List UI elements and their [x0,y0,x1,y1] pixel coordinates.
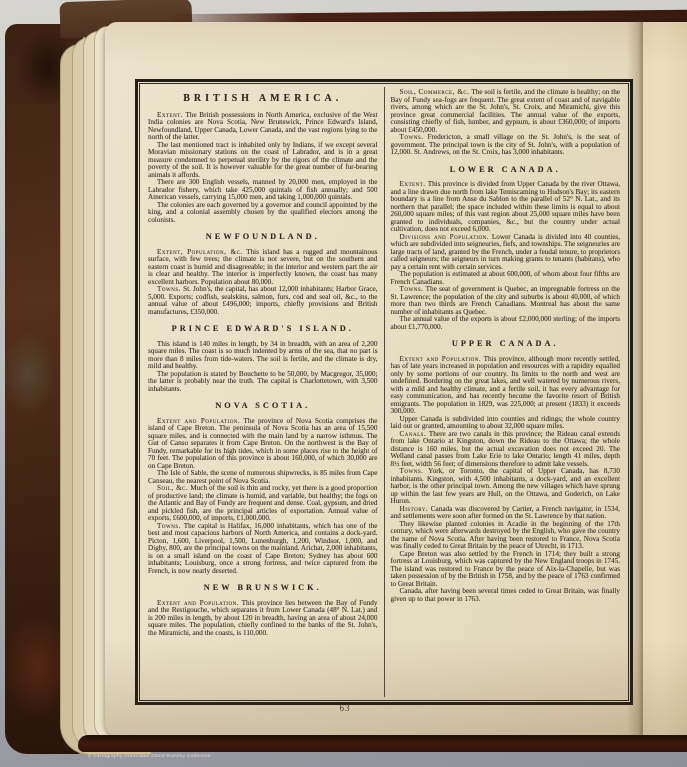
para-uc-towns: Towns. York, or Toronto, the capital of … [391,468,621,506]
next-page-fore-edge [642,22,687,738]
scanned-book-photo: BRITISH AMERICA. Extent. The British pos… [0,0,687,767]
para-text: The soil is fertile, and the climate is … [391,88,621,134]
para-uc-cession: Canada, after having been several times … [391,588,621,603]
para-text: This province, although more recently se… [391,355,621,416]
section-heading-upper-canada: UPPER CANADA. [391,340,621,348]
para-ns-towns: Towns. The capital is Halifax, 16,000 in… [148,523,378,576]
para-uc-canals: Canals. There are two canals in this pro… [391,431,621,469]
para-ns-extent: Extent and Population. The province of N… [148,418,378,471]
left-column: BRITISH AMERICA. Extent. The British pos… [145,87,384,697]
book-page: BRITISH AMERICA. Extent. The British pos… [105,22,687,738]
para-lc-extent: Extent. This province is divided from Up… [391,181,621,234]
para-text: Fredericton, a small village on the St. … [391,133,621,156]
para-ba-extent: Extent. The British possessions in North… [148,112,378,142]
para-uc-history: History. Canada was discovered by Cartie… [391,506,621,521]
para-lc-towns: Towns. The seat of government is Quebec,… [391,286,621,316]
para-lc-divisions: Divisions and Population. Lower Canada i… [391,234,621,272]
section-heading-new-brunswick: NEW BRUNSWICK. [148,584,378,592]
section-heading-nova-scotia: NOVA SCOTIA. [148,402,378,410]
para-pei-description: This island is 140 miles in length, by 3… [148,341,378,371]
para-nb-towns: Towns. Fredericton, a small village on t… [391,134,621,157]
para-ba-fishery: There are 300 English vessels, manned by… [148,179,378,202]
para-lc-population: The population is estimated at about 600… [391,271,621,286]
para-uc-subdivision: Upper Canada is subdivided into counties… [391,416,621,431]
para-ns-soil: Soil, &c. Much of the soil is thin and r… [148,485,378,523]
para-pei-population: The population is stated by Bouchette to… [148,371,378,394]
para-ba-government: The colonies are each governed by a gove… [148,202,378,225]
section-heading-newfoundland: NEWFOUNDLAND. [148,233,378,241]
para-nb-extent: Extent and Population. This province lie… [148,600,378,638]
para-nf-towns: Towns. St. John's, the capital, has abou… [148,286,378,316]
para-text: The British possessions in North America… [148,111,378,142]
para-ns-sable: The Isle of Sable, the scene of numerous… [148,470,378,485]
section-heading-prince-edwards-island: PRINCE EDWARD'S ISLAND. [148,325,378,333]
section-heading-lower-canada: LOWER CANADA. [391,166,621,174]
text-area: BRITISH AMERICA. Extent. The British pos… [145,87,623,697]
para-nf-extent: Extent, Population, &c. This island has … [148,249,378,287]
para-nb-soil-commerce: Soil, Commerce, &c. The soil is fertile,… [391,89,621,134]
book-cover-bottom-edge [78,735,687,752]
para-uc-acadie: They likewise planted colonies in Acadie… [391,521,621,551]
para-text: The capital is Halifax, 16,000 inhabitan… [148,522,378,575]
printed-border-frame: BRITISH AMERICA. Extent. The British pos… [135,79,633,705]
page-number: 63 [315,703,375,713]
right-column: Soil, Commerce, &c. The soil is fertile,… [384,87,624,697]
para-text: York, or Toronto, the capital of Upper C… [391,467,621,505]
para-uc-extent: Extent and Population. This province, al… [391,356,621,416]
para-uc-cape-breton: Cape Breton was also settled by the Fren… [391,551,621,589]
para-text: St. John's, the capital, has about 12,00… [148,285,378,316]
para-ba-indians: The last mentioned tract is inhabited on… [148,142,378,180]
page-title-british-america: BRITISH AMERICA. [148,95,378,103]
para-text: The province of Nova Scotia comprises th… [148,417,378,470]
para-lc-exports: The annual value of the exports is about… [391,316,621,331]
para-text: The seat of government is Quebec, an imp… [391,285,621,316]
para-text: This province is divided from Upper Cana… [391,180,621,233]
collection-watermark: © Cartography Associates David Rumsey Co… [88,753,211,758]
